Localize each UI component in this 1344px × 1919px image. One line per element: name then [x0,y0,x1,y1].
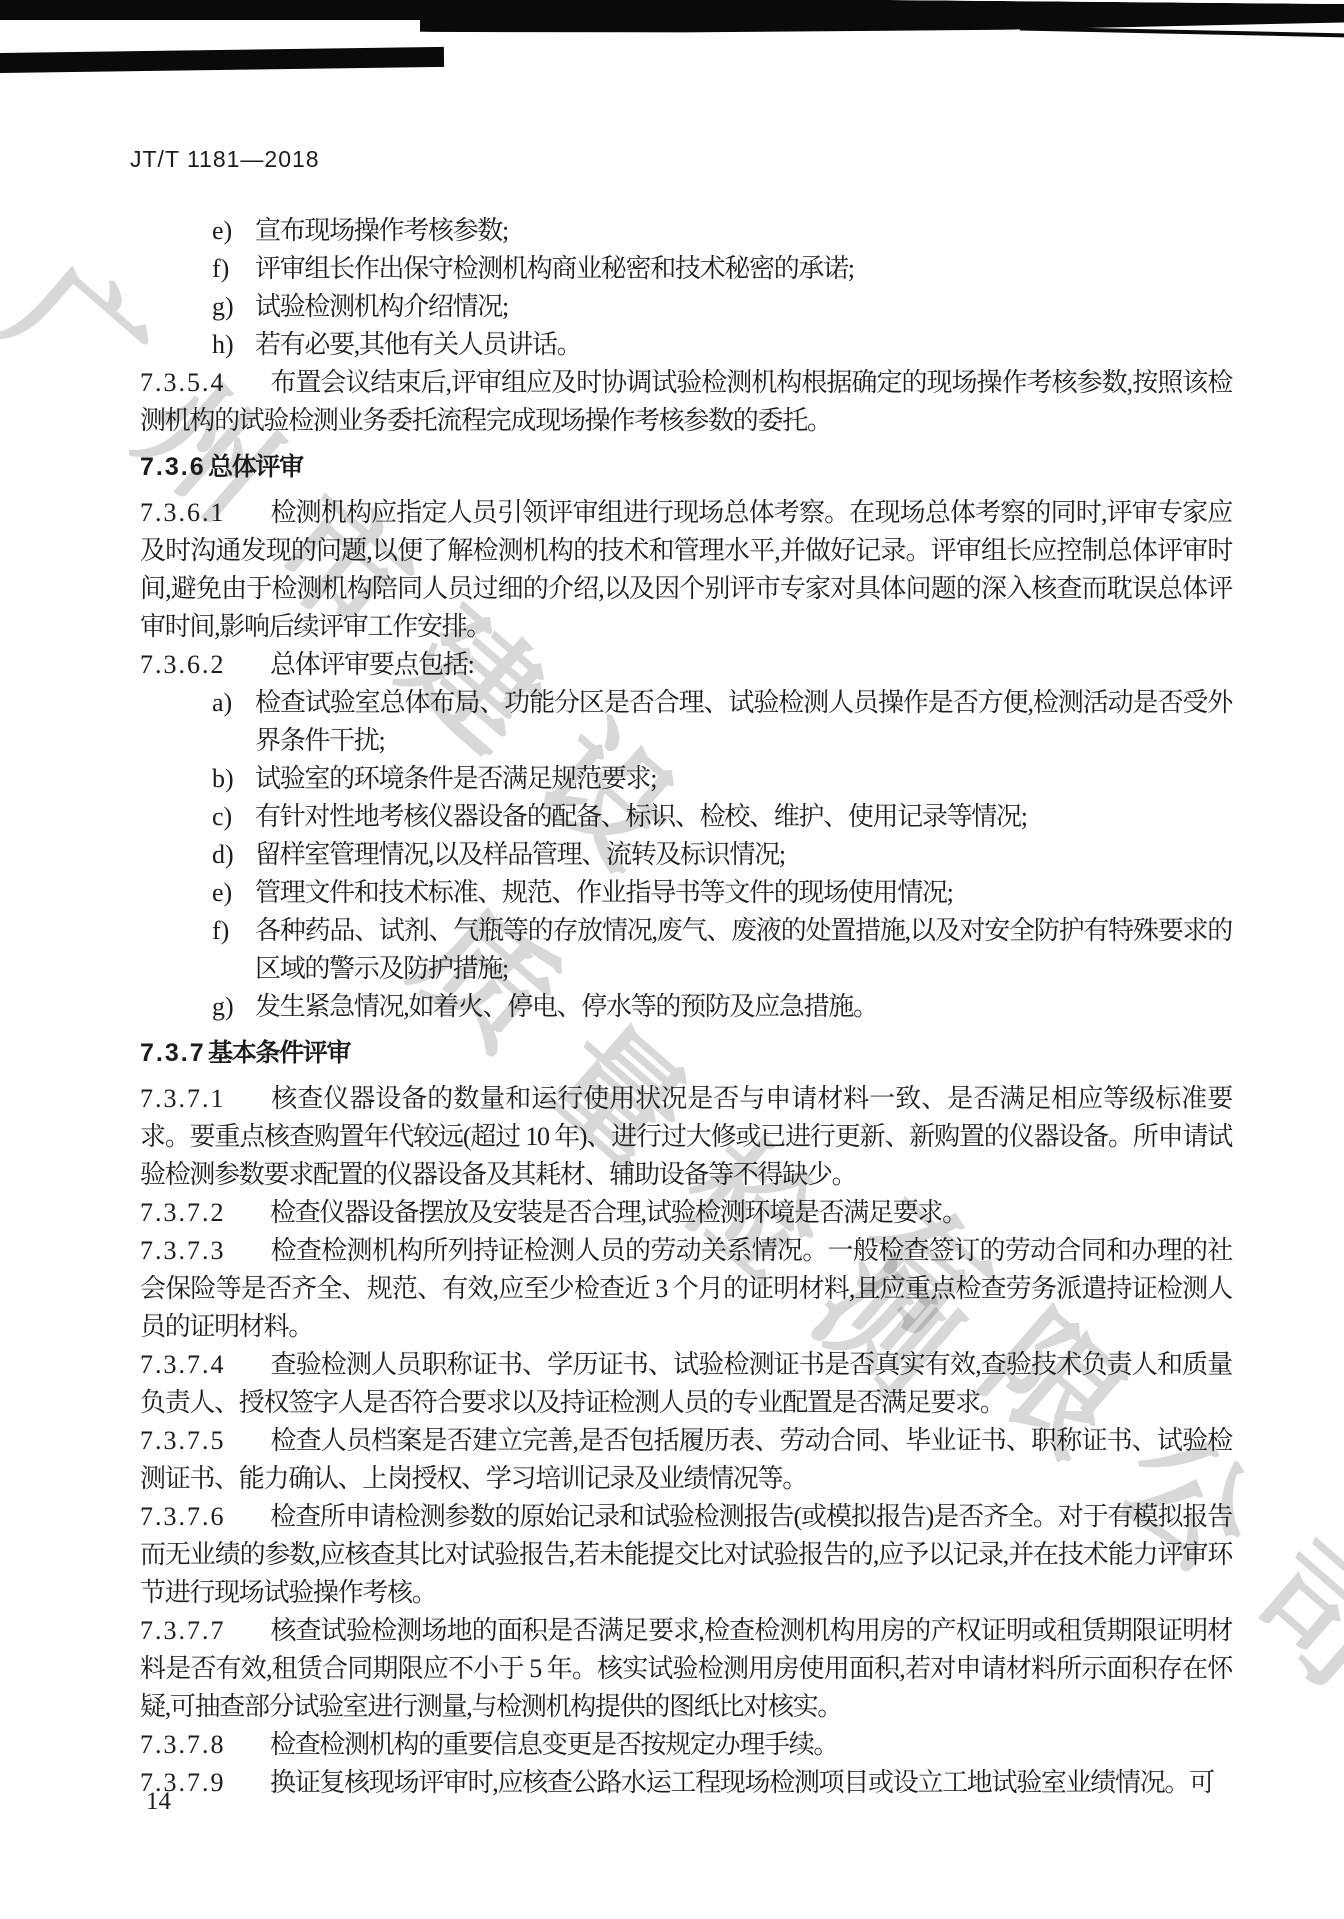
list-item: d)留样室管理情况,以及样品管理、流转及标识情况; [140,836,1232,874]
list-item-text: 试验室的环境条件是否满足规范要求; [255,764,656,793]
clause-text: 核查仪器设备的数量和运行使用状况是否与申请材料一致、是否满足相应等级标准要求。要… [140,1084,1232,1189]
section-heading: 7.3.6总体评审 [140,448,1232,486]
clause-paragraph: 7.3.7.9换证复核现场评审时,应核查公路水运工程现场检测项目或设立工地试验室… [140,1764,1232,1802]
clause-number: 7.3.5.4 [140,364,270,402]
clause-number: 7.3.7.5 [140,1422,270,1460]
section-heading: 7.3.7基本条件评审 [140,1034,1232,1072]
list-item-label: d) [212,836,234,874]
list-item-label: e) [212,212,232,250]
list-item-label: f) [212,250,229,288]
list-item: e)管理文件和技术标准、规范、作业指导书等文件的现场使用情况; [140,874,1232,912]
clause-number: 7.3.6.1 [140,494,270,532]
clause-paragraph: 7.3.7.6检查所申请检测参数的原始记录和试验检测报告(或模拟报告)是否齐全。… [140,1498,1232,1612]
list-item: a)检查试验室总体布局、功能分区是否合理、试验检测人员操作是否方便,检测活动是否… [140,684,1232,760]
scan-artifact-bar [0,47,444,73]
list-item-text: 宣布现场操作考核参数; [255,216,508,245]
clause-number: 7.3.7.3 [140,1232,270,1270]
clause-text: 换证复核现场评审时,应核查公路水运工程现场检测项目或设立工地试验室业绩情况。可 [270,1768,1214,1797]
list-item-label: e) [212,874,232,912]
section-number: 7.3.6 [140,448,208,486]
clause-number: 7.3.6.2 [140,646,270,684]
scan-artifact-line [1020,27,1344,38]
clause-text: 总体评审要点包括: [270,650,474,679]
document-standard-number: JT/T 1181—2018 [130,146,320,173]
clause-paragraph: 7.3.6.2总体评审要点包括: [140,646,1232,684]
clause-number: 7.3.7.7 [140,1612,270,1650]
clause-text: 检查仪器设备摆放及安装是否合理,试验检测环境是否满足要求。 [270,1198,967,1227]
clause-number: 7.3.7.2 [140,1194,270,1232]
list-item-text: 评审组长作出保守检测机构商业秘密和技术秘密的承诺; [255,254,854,283]
clause-paragraph: 7.3.7.5检查人员档案是否建立完善,是否包括履历表、劳动合同、毕业证书、职称… [140,1422,1232,1498]
list-item-text: 发生紧急情况,如着火、停电、停水等的预防及应急措施。 [255,992,878,1021]
list-item-label: g) [212,288,234,326]
list-item-text: 试验检测机构介绍情况; [255,292,508,321]
clause-text: 查验检测人员职称证书、学历证书、试验检测证书是否真实有效,查验技术负责人和质量负… [140,1350,1232,1417]
clause-number: 7.3.7.8 [140,1726,270,1764]
list-item: f)评审组长作出保守检测机构商业秘密和技术秘密的承诺; [140,250,1232,288]
clause-number: 7.3.7.6 [140,1498,270,1536]
clause-text: 核查试验检测场地的面积是否满足要求,检查检测机构用房的产权证明或租赁期限证明材料… [140,1616,1232,1721]
list-item: h)若有必要,其他有关人员讲话。 [140,326,1232,364]
clause-paragraph: 7.3.6.1检测机构应指定人员引领评审组进行现场总体考察。在现场总体考察的同时… [140,494,1232,646]
clause-text: 检查所申请检测参数的原始记录和试验检测报告(或模拟报告)是否齐全。对于有模拟报告… [140,1502,1232,1607]
list-item: e)宣布现场操作考核参数; [140,212,1232,250]
list-item-text: 留样室管理情况,以及样品管理、流转及标识情况; [255,840,785,869]
clause-text: 布置会议结束后,评审组应及时协调试验检测机构根据确定的现场操作考核参数,按照该检… [140,368,1232,435]
list-item: c)有针对性地考核仪器设备的配备、标识、检校、维护、使用记录等情况; [140,798,1232,836]
clause-paragraph: 7.3.7.8检查检测机构的重要信息变更是否按规定办理手续。 [140,1726,1232,1764]
clause-paragraph: 7.3.5.4布置会议结束后,评审组应及时协调试验检测机构根据确定的现场操作考核… [140,364,1232,440]
clause-text: 检查检测机构所列持证检测人员的劳动关系情况。一般检查签订的劳动合同和办理的社会保… [140,1236,1232,1341]
clause-paragraph: 7.3.7.3检查检测机构所列持证检测人员的劳动关系情况。一般检查签订的劳动合同… [140,1232,1232,1346]
clause-number: 7.3.7.4 [140,1346,270,1384]
clause-number: 7.3.7.1 [140,1080,270,1118]
list-item-text: 有针对性地考核仪器设备的配备、标识、检校、维护、使用记录等情况; [255,802,1027,831]
list-item: f)各种药品、试剂、气瓶等的存放情况,废气、废液的处置措施,以及对安全防护有特殊… [140,912,1232,988]
clause-text: 检测机构应指定人员引领评审组进行现场总体考察。在现场总体考察的同时,评审专家应及… [140,498,1232,641]
list-item-text: 检查试验室总体布局、功能分区是否合理、试验检测人员操作是否方便,检测活动是否受外… [255,688,1232,755]
clause-paragraph: 7.3.7.4查验检测人员职称证书、学历证书、试验检测证书是否真实有效,查验技术… [140,1346,1232,1422]
list-item-text: 管理文件和技术标准、规范、作业指导书等文件的现场使用情况; [255,878,953,907]
section-title: 基本条件评审 [208,1039,350,1067]
clause-text: 检查人员档案是否建立完善,是否包括履历表、劳动合同、毕业证书、职称证书、试验检测… [140,1426,1232,1493]
document-body: e)宣布现场操作考核参数;f)评审组长作出保守检测机构商业秘密和技术秘密的承诺;… [140,212,1232,1802]
page-number: 14 [146,1788,171,1816]
list-item: g)试验检测机构介绍情况; [140,288,1232,326]
section-title: 总体评审 [208,453,303,481]
clause-paragraph: 7.3.7.2检查仪器设备摆放及安装是否合理,试验检测环境是否满足要求。 [140,1194,1232,1232]
list-item: b)试验室的环境条件是否满足规范要求; [140,760,1232,798]
list-item-text: 各种药品、试剂、气瓶等的存放情况,废气、废液的处置措施,以及对安全防护有特殊要求… [255,916,1232,983]
clause-paragraph: 7.3.7.7核查试验检测场地的面积是否满足要求,检查检测机构用房的产权证明或租… [140,1612,1232,1726]
list-item-label: a) [212,684,232,722]
clause-text: 检查检测机构的重要信息变更是否按规定办理手续。 [270,1730,838,1759]
list-item-label: g) [212,988,234,1026]
list-item-label: b) [212,760,234,798]
list-item-label: c) [212,798,232,836]
list-item: g)发生紧急情况,如着火、停电、停水等的预防及应急措施。 [140,988,1232,1026]
section-number: 7.3.7 [140,1034,208,1072]
list-item-label: f) [212,912,229,950]
list-item-label: h) [212,326,234,364]
list-item-text: 若有必要,其他有关人员讲话。 [255,330,581,359]
scan-artifact-bar [0,0,470,20]
clause-paragraph: 7.3.7.1核查仪器设备的数量和运行使用状况是否与申请材料一致、是否满足相应等… [140,1080,1232,1194]
